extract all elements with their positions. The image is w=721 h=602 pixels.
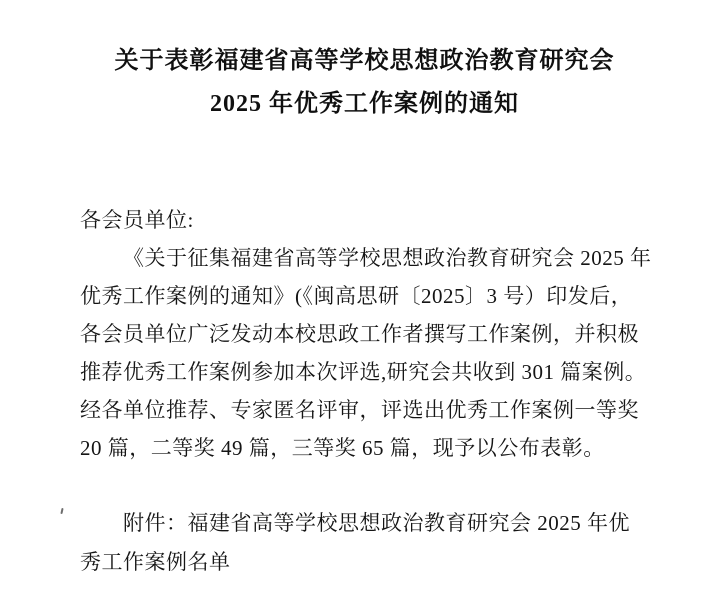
- title-line-2: 2025 年优秀工作案例的通知: [72, 83, 657, 126]
- body-line: 推荐优秀工作案例参加本次评选,研究会共收到 301 篇案例。: [80, 353, 652, 391]
- document-body: 各会员单位: 《关于征集福建省高等学校思想政治教育研究会 2025 年 优秀工作…: [80, 201, 652, 467]
- body-line: 20 篇，二等奖 49 篇，三等奖 65 篇，现予以公布表彰。: [80, 429, 652, 467]
- body-line: 《关于征集福建省高等学校思想政治教育研究会 2025 年: [80, 239, 652, 277]
- scanned-notice-page: 关于表彰福建省高等学校思想政治教育研究会 2025 年优秀工作案例的通知 各会员…: [0, 0, 721, 602]
- scan-artifact-speck: [60, 508, 63, 514]
- title-line-1: 关于表彰福建省高等学校思想政治教育研究会: [72, 40, 657, 83]
- body-line: 经各单位推荐、专家匿名评审，评选出优秀工作案例一等奖: [80, 391, 652, 429]
- body-line: 各会员单位广泛发动本校思政工作者撰写工作案例，并积极: [80, 315, 652, 353]
- salutation: 各会员单位:: [80, 201, 652, 239]
- body-line: 优秀工作案例的通知》(《闽高思研〔2025〕3 号）印发后，: [80, 277, 652, 315]
- attachment-line-2: 秀工作案例名单: [80, 543, 660, 582]
- attachment-note: 附件：福建省高等学校思想政治教育研究会 2025 年优 秀工作案例名单: [80, 504, 660, 582]
- document-title: 关于表彰福建省高等学校思想政治教育研究会 2025 年优秀工作案例的通知: [72, 40, 657, 126]
- attachment-line-1: 附件：福建省高等学校思想政治教育研究会 2025 年优: [80, 504, 660, 543]
